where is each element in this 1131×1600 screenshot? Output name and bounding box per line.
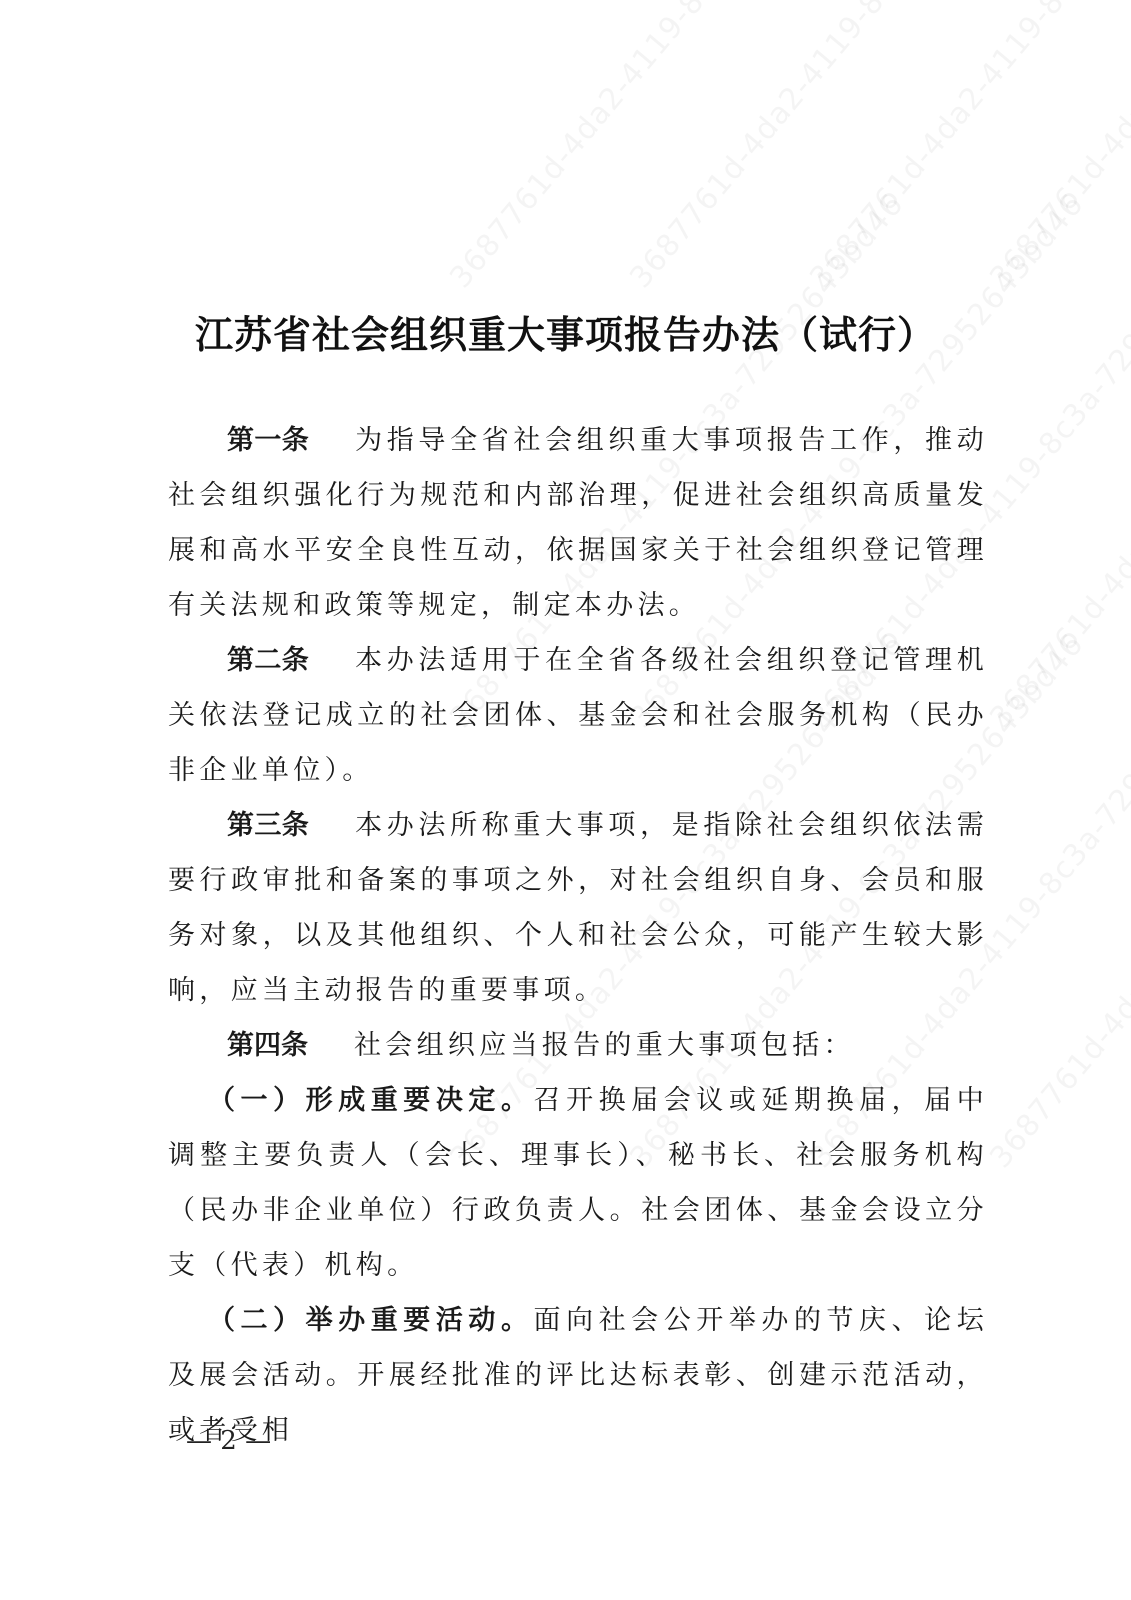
article-label: 第二条 xyxy=(227,645,309,676)
item-2: （二）举办重要活动。面向社会公开举办的节庆、论坛及展会活动。开展经批准的评比达标… xyxy=(168,1293,988,1458)
article-label: 第四条 xyxy=(227,1030,308,1061)
item-label: （一）形成重要决定。 xyxy=(208,1085,534,1116)
article-3: 第三条本办法所称重大事项，是指除社会组织依法需要行政审批和备案的事项之外，对社会… xyxy=(168,798,988,1018)
article-2: 第二条本办法适用于在全省各级社会组织登记管理机关依法登记成立的社会团体、基金会和… xyxy=(168,633,988,798)
article-4: 第四条社会组织应当报告的重大事项包括： xyxy=(168,1018,988,1073)
document-page: 江苏省社会组织重大事项报告办法（试行） 第一条为指导全省社会组织重大事项报告工作… xyxy=(0,0,1131,1600)
document-body: 第一条为指导全省社会组织重大事项报告工作，推动社会组织强化行为规范和内部治理，促… xyxy=(168,413,988,1458)
document-title: 江苏省社会组织重大事项报告办法（试行） xyxy=(0,304,1131,359)
article-1: 第一条为指导全省社会组织重大事项报告工作，推动社会组织强化行为规范和内部治理，促… xyxy=(168,413,988,633)
article-label: 第一条 xyxy=(227,425,309,456)
article-label: 第三条 xyxy=(227,810,309,841)
item-label: （二）举办重要活动。 xyxy=(208,1305,534,1336)
article-text: 社会组织应当报告的重大事项包括： xyxy=(354,1030,855,1061)
item-1: （一）形成重要决定。召开换届会议或延期换届，届中调整主要负责人（会长、理事长）、… xyxy=(168,1073,988,1293)
page-number: — 2 — xyxy=(186,1426,271,1456)
